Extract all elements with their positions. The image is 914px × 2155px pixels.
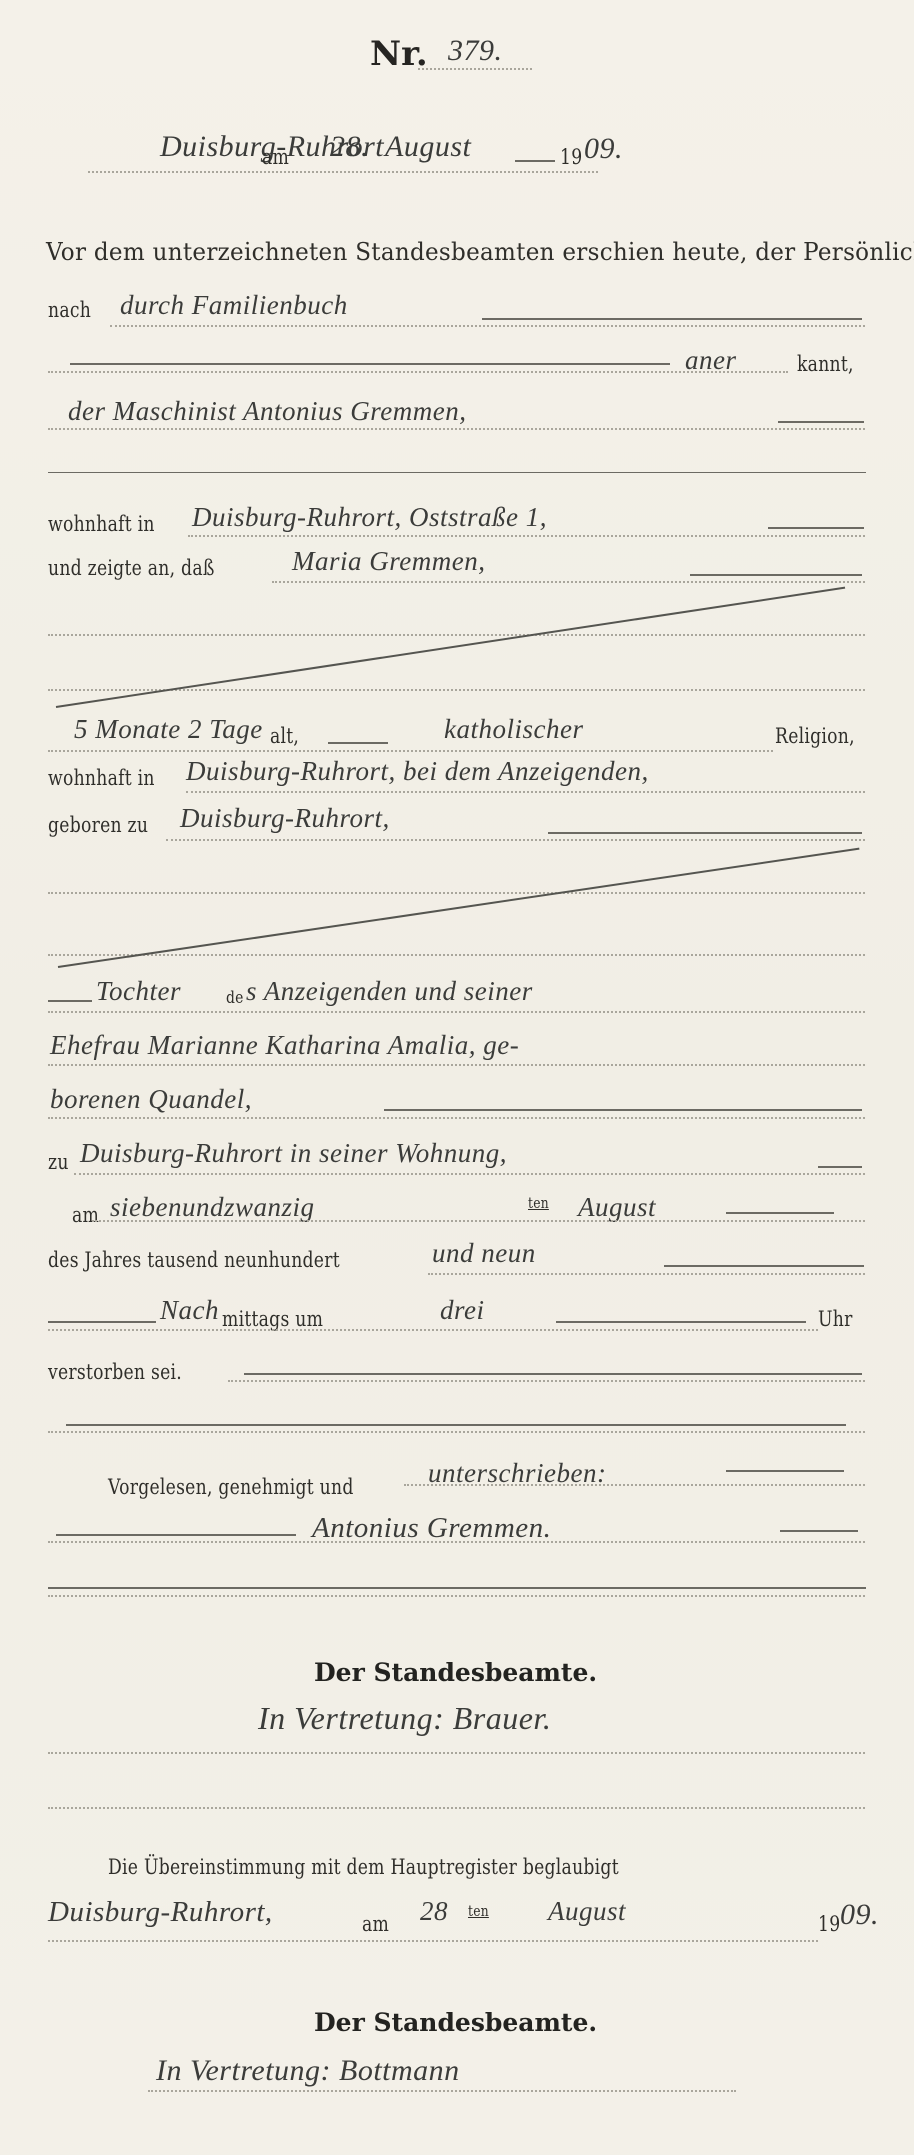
- date-month-handwritten: August: [385, 130, 471, 164]
- time-lead-rule: [48, 1321, 156, 1323]
- death-year-dotted-line: [428, 1273, 865, 1275]
- zu-label: zu: [48, 1150, 69, 1174]
- certification-day-suffix: ten: [468, 1902, 489, 1920]
- parents-dotted-line-1: [48, 1011, 865, 1013]
- nach-dotted-line: [110, 325, 865, 327]
- uhr-label: Uhr: [818, 1307, 853, 1331]
- certification-day-handwritten: 28: [420, 1896, 448, 1927]
- bekannt-dotted-line: [48, 371, 788, 373]
- age-dotted-line: [48, 750, 773, 752]
- parents-article-printed: de: [226, 988, 244, 1008]
- geboren-dotted-line: [166, 839, 865, 841]
- anzeige-label: und zeigte an, daß: [48, 556, 215, 580]
- wohnhaft-rule-1: [768, 527, 864, 529]
- registrar-dotted-line-2: [48, 1807, 865, 1809]
- certification-year-handwritten: 09.: [840, 1898, 879, 1932]
- anzeige-dotted-line: [272, 581, 865, 583]
- death-place-dotted-line: [74, 1173, 865, 1175]
- vorgelesen-rule: [726, 1470, 844, 1472]
- certification-am-label: am: [362, 1912, 389, 1936]
- jahres-label: des Jahres tausend neunhundert: [48, 1248, 340, 1272]
- declarant-rule: [778, 421, 864, 423]
- parents-line-3-handwritten: borenen Quandel,: [50, 1084, 252, 1115]
- verstorben-dotted-line: [228, 1380, 865, 1382]
- blank-rule-1: [48, 472, 866, 473]
- year-printed: 19: [560, 145, 582, 169]
- vorgelesen-label: Vorgelesen, genehmigt und: [108, 1475, 354, 1499]
- registrar-2-dotted-line: [148, 2090, 736, 2092]
- end-rule: [48, 1587, 866, 1589]
- year-handwritten: 09.: [584, 132, 623, 166]
- blank-dotted-line-5: [48, 954, 865, 956]
- deceased-residence-handwritten: Duisburg-Ruhrort, bei dem Anzeigenden,: [186, 756, 649, 787]
- blank-rule-2: [66, 1424, 846, 1426]
- declarant-residence-handwritten: Duisburg-Ruhrort, Oststraße 1,: [192, 502, 547, 533]
- am-death-label: am: [72, 1203, 99, 1227]
- alt-label: alt,: [270, 724, 299, 748]
- parents-dotted-line-2: [48, 1064, 865, 1066]
- death-place-rule: [818, 1166, 862, 1168]
- parents-line-3-rule: [384, 1109, 862, 1111]
- wohnhaft-dotted-line-1: [188, 535, 865, 537]
- alt-rule: [328, 742, 388, 744]
- geboren-rule: [548, 832, 862, 834]
- blank-dotted-line-6: [48, 1431, 865, 1433]
- parents-line-1-handwritten: Tochter: [96, 976, 181, 1007]
- registrar-heading-1: Der Standesbeamte.: [314, 1658, 597, 1687]
- blank-dotted-line-2: [48, 634, 865, 636]
- parents-line-2-handwritten: Ehefrau Marianne Katharina Amalia, ge-: [50, 1030, 519, 1061]
- entry-number-value: 379.: [448, 34, 503, 68]
- date-day-handwritten: 28.: [330, 130, 369, 164]
- parents-dotted-line-3: [48, 1117, 865, 1119]
- certification-dotted-line: [48, 1940, 818, 1942]
- number-dotted-line: [418, 68, 532, 70]
- registrar-dotted-line-1: [48, 1752, 865, 1754]
- certification-text: Die Übereinstimmung mit dem Hauptregiste…: [108, 1855, 619, 1879]
- death-date-rule: [726, 1212, 834, 1214]
- intro-text: Vor dem unterzeichneten Standesbeamten e…: [46, 238, 914, 266]
- signature-trail-rule: [780, 1530, 858, 1532]
- parents-lead-rule: [48, 1000, 92, 1002]
- signature-dotted-line: [48, 1541, 865, 1543]
- vorgelesen-dotted-line: [404, 1484, 865, 1486]
- kannt-label: kannt,: [797, 352, 854, 376]
- date-dash: [515, 160, 555, 162]
- time-part-handwritten: Nach: [160, 1295, 219, 1326]
- parents-line-1b-handwritten: s Anzeigenden und seiner: [246, 976, 533, 1007]
- hour-rule: [556, 1321, 806, 1323]
- hour-handwritten: drei: [440, 1295, 485, 1326]
- registrar-heading-2: Der Standesbeamte.: [314, 2008, 597, 2037]
- anzeige-rule: [690, 574, 862, 576]
- nach-label: nach: [48, 298, 91, 322]
- geboren-label: geboren zu: [48, 813, 148, 837]
- declarant-handwritten: der Maschinist Antonius Gremmen,: [68, 396, 466, 427]
- strike-through-line-2: [58, 848, 860, 968]
- age-handwritten: 5 Monate 2 Tage: [74, 714, 263, 745]
- religion-handwritten: katholischer: [444, 714, 583, 745]
- verstorben-rule: [244, 1373, 862, 1375]
- death-month-handwritten: August: [578, 1192, 656, 1223]
- wohnhaft-label-1: wohnhaft in: [48, 512, 155, 536]
- wohnhaft-label-2: wohnhaft in: [48, 766, 155, 790]
- death-date-dotted-line: [92, 1220, 865, 1222]
- wohnhaft-dotted-line-2: [186, 791, 865, 793]
- religion-label: Religion,: [775, 724, 855, 748]
- blank-dotted-line-4: [48, 892, 865, 894]
- declarant-dotted-line: [48, 428, 865, 430]
- certification-month-handwritten: August: [548, 1896, 626, 1927]
- register-page: Nr. 379. Duisburg-Ruhrort am 28. August …: [0, 0, 914, 2155]
- nach-rule: [482, 318, 862, 320]
- time-dotted-line: [48, 1329, 818, 1331]
- death-day-handwritten: siebenundzwanzig: [110, 1192, 315, 1223]
- mittags-label: mittags um: [222, 1307, 323, 1331]
- registrar-signature-1: In Vertretung: Brauer.: [258, 1700, 551, 1737]
- death-day-suffix: ten: [528, 1194, 549, 1212]
- death-place-handwritten: Duisburg-Ruhrort in seiner Wohnung,: [80, 1138, 507, 1169]
- bekannt-rule: [70, 363, 670, 365]
- deceased-name-handwritten: Maria Gremmen,: [292, 546, 485, 577]
- end-dotted-line: [48, 1595, 865, 1597]
- verstorben-label: verstorben sei.: [48, 1360, 182, 1384]
- birthplace-handwritten: Duisburg-Ruhrort,: [180, 803, 390, 834]
- date-dotted-line: [88, 171, 598, 173]
- certification-year-printed: 19: [818, 1912, 840, 1936]
- signature-lead-rule: [56, 1534, 296, 1536]
- registrar-signature-2: In Vertretung: Bottmann: [156, 2054, 460, 2088]
- am-label: am: [262, 145, 289, 169]
- death-year-handwritten: und neun: [432, 1238, 536, 1269]
- death-year-rule: [664, 1265, 864, 1267]
- identification-handwritten: durch Familienbuch: [120, 290, 348, 321]
- certification-place-handwritten: Duisburg-Ruhrort,: [48, 1896, 273, 1929]
